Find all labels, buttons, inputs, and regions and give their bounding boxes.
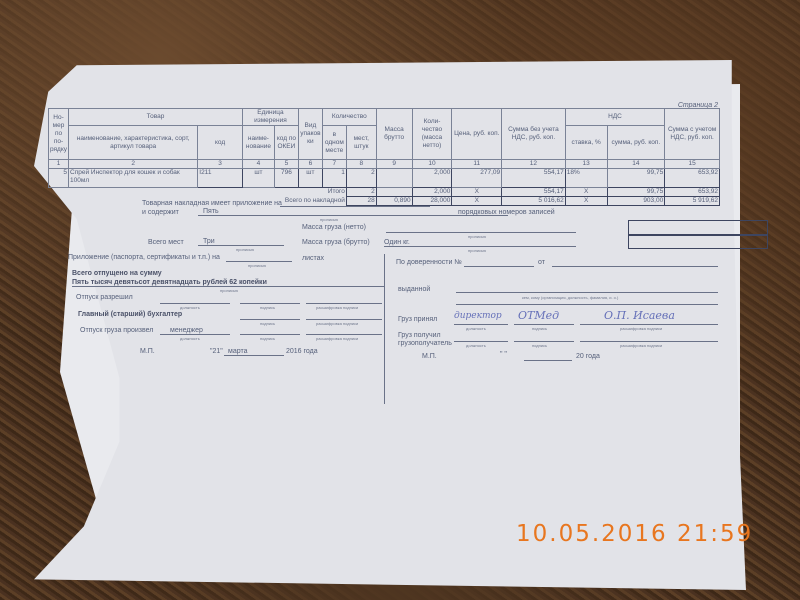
appendix-label: Товарная накладная имеет приложение на [142, 200, 282, 207]
header-gross-mass: Масса брутто [376, 109, 412, 160]
issued-hint: кем, кому (организация, должность, фамил… [522, 295, 618, 300]
table-row: 5 Спрей Инспектор для кошек и собак 100м… [49, 169, 720, 188]
date-month: марта [228, 348, 247, 355]
hint-signature: подпись [260, 305, 275, 310]
hint-signature: подпись [532, 343, 547, 348]
total-places-value: Три [203, 238, 215, 245]
contains-label: и содержит [142, 209, 179, 216]
col-num: 5 [274, 160, 298, 169]
power-of-attorney-label: По доверенности № [396, 259, 462, 266]
header-vat-rate: ставка, % [565, 126, 607, 160]
col-num: 10 [412, 160, 452, 169]
header-unit: Единица измерения [242, 109, 298, 126]
cell-sum-without-vat: 554,17 [502, 169, 566, 188]
hint-in-words: прописью [320, 217, 338, 222]
date-month-line [224, 355, 284, 356]
cargo-received-position-line [454, 341, 508, 342]
total-places-label: Всего мест [148, 239, 184, 246]
issued-line [456, 292, 718, 293]
hint-in-words: прописью [220, 288, 238, 293]
records-label: порядковых номеров записей [458, 209, 555, 216]
totals-net-qty: 2,000 [412, 188, 452, 197]
col-num: 1 [49, 160, 69, 169]
col-num: 3 [198, 160, 243, 169]
cargo-received-label: Груз получил грузополучатель [398, 332, 452, 348]
header-quantity: Количество [322, 109, 376, 126]
released-sum-label: Всего отпущено на сумму [72, 270, 162, 277]
cargo-accepted-decoding-line [580, 324, 718, 325]
attachments-line [226, 261, 292, 262]
grand-totals-vat-rate: X [565, 197, 607, 206]
release-allowed-position-line [160, 303, 230, 304]
cell-unit-name: шт [242, 169, 274, 188]
header-row-1: Но-мер по по-рядку Товар Единица измерен… [49, 109, 720, 126]
grand-totals-sum-with-vat: 5 919,62 [665, 197, 720, 206]
cell-unit-okei: 796 [274, 169, 298, 188]
cell-vat-sum: 99,75 [607, 169, 665, 188]
totals-sum-without-vat: 554,17 [502, 188, 566, 197]
power-of-attorney-line [464, 266, 534, 267]
hint-position: должность [180, 336, 200, 341]
header-goods: Товар [69, 109, 243, 126]
col-num: 11 [452, 160, 502, 169]
header-qty-places: мест, штук [346, 126, 376, 160]
col-num: 9 [376, 160, 412, 169]
grand-totals-net-qty: 28,000 [412, 197, 452, 206]
header-qty-per-place: в одном месте [322, 126, 346, 160]
hint-position: должность [466, 343, 486, 348]
released-by-position-line [160, 334, 230, 335]
header-vat: НДС [565, 109, 664, 126]
cargo-received-signature-line [514, 341, 574, 342]
release-allowed-signature-line [240, 303, 300, 304]
mass-box-gross [628, 234, 768, 249]
cell-vat-rate: 18% [565, 169, 607, 188]
cell-price: 277,09 [452, 169, 502, 188]
hint-in-words: прописью [468, 248, 486, 253]
cell-qty-per-place: 1 [322, 169, 346, 188]
cell-code: I211 [198, 169, 243, 188]
section-divider [384, 254, 385, 404]
hint-decoding: расшифровка подписи [316, 305, 358, 310]
hint-decoding: расшифровка подписи [620, 326, 662, 331]
header-goods-code: код [198, 126, 243, 160]
totals-gross-mass [376, 188, 412, 197]
totals-label: Итого [49, 188, 347, 197]
col-num: 15 [665, 160, 720, 169]
cell-row-number: 5 [49, 169, 69, 188]
hint-signature: подпись [260, 336, 275, 341]
col-num: 7 [322, 160, 346, 169]
grand-totals-price: X [452, 197, 502, 206]
header-unit-name: наиме-нование [242, 126, 274, 160]
date-day: "21" [210, 348, 223, 355]
col-num: 6 [298, 160, 322, 169]
released-sum-line [72, 286, 384, 287]
header-goods-name: наименование, характеристика, сорт, арти… [69, 126, 198, 160]
release-allowed-label: Отпуск разрешил [76, 294, 133, 301]
chief-accountant-decoding-line [306, 319, 382, 320]
totals-price: X [452, 188, 502, 197]
totals-row: Итого 2 2,000 X 554,17 X 99,75 653,92 [49, 188, 720, 197]
released-by-position: менеджер [170, 327, 203, 334]
hint-decoding: расшифровка подписи [316, 336, 358, 341]
col-num: 8 [346, 160, 376, 169]
net-mass-line [386, 232, 576, 233]
col-num: 13 [565, 160, 607, 169]
grand-totals-sum-without-vat: 5 016,62 [502, 197, 566, 206]
gross-mass-value: Один кг. [384, 239, 410, 246]
cargo-accepted-signature-line [514, 324, 574, 325]
released-sum-value: Пять тысяч девятьсот девятнадцать рублей… [72, 279, 267, 286]
stamp-label-right: М.П. [422, 353, 437, 360]
grand-totals-gross-mass: 0,890 [376, 197, 412, 206]
col-num: 12 [502, 160, 566, 169]
totals-qty-places: 2 [346, 188, 376, 197]
camera-timestamp: 10.05.2016 21:59 [516, 521, 753, 547]
cell-name: Спрей Инспектор для кошек и собак 100мл [69, 169, 198, 188]
released-by-decoding-line [306, 334, 382, 335]
cargo-accepted-label: Груз принял [398, 316, 437, 323]
cargo-accepted-position-line [454, 324, 508, 325]
date-quotes-right: " " [500, 351, 507, 358]
cell-sum-with-vat: 653,92 [665, 169, 720, 188]
gross-mass-label: Масса груза (брутто) [302, 239, 370, 246]
date-line-right [524, 360, 572, 361]
cell-gross-mass [376, 169, 412, 188]
released-by-label: Отпуск груза произвел [80, 327, 153, 334]
appendix-line [280, 206, 430, 207]
issued-label: выданной [398, 286, 430, 293]
contains-value: Пять [203, 208, 219, 215]
date-year-right: 20 года [576, 353, 600, 360]
hint-in-words: прописью [248, 263, 266, 268]
header-vat-sum: сумма, руб. коп. [607, 126, 665, 160]
from-line [552, 266, 718, 267]
from-label: от [538, 259, 545, 266]
hint-signature: подпись [532, 326, 547, 331]
totals-vat-sum: 99,75 [607, 188, 665, 197]
stamp-label-left: М.П. [140, 348, 155, 355]
col-num: 14 [607, 160, 665, 169]
released-by-signature-line [240, 334, 300, 335]
header-row-number: Но-мер по по-рядку [49, 109, 69, 160]
cell-qty-places: 2 [346, 169, 376, 188]
sheets-label: листах [302, 255, 324, 262]
cell-net-qty: 2,000 [412, 169, 452, 188]
chief-accountant-label: Главный (старший) бухгалтер [78, 311, 182, 318]
cargo-received-decoding-line [580, 341, 718, 342]
hint-in-words: прописью [468, 234, 486, 239]
gross-mass-line [384, 246, 576, 247]
attachments-label: Приложение (паспорта, сертификаты и т.п.… [68, 254, 220, 261]
hint-position: должность [466, 326, 486, 331]
hint-position: должность [180, 305, 200, 310]
hint-decoding: расшифровка подписи [620, 343, 662, 348]
col-num: 2 [69, 160, 198, 169]
header-unit-okei: код по ОКЕИ [274, 126, 298, 160]
goods-table: Но-мер по по-рядку Товар Единица измерен… [48, 108, 720, 206]
grand-totals-vat-sum: 903,00 [607, 197, 665, 206]
hint-in-words: прописью [236, 247, 254, 252]
totals-vat-rate: X [565, 188, 607, 197]
issued-line-2 [456, 304, 718, 305]
header-price: Цена, руб. коп. [452, 109, 502, 160]
header-package-type: Вид упаков ки [298, 109, 322, 160]
cell-package-type: шт [298, 169, 322, 188]
hint-signature: подпись [260, 321, 275, 326]
release-allowed-decoding-line [306, 303, 382, 304]
grand-totals-qty-places: 28 [346, 197, 376, 206]
header-net-qty: Коли-чество (масса нетто) [412, 109, 452, 160]
header-sum-without-vat: Сумма без учета НДС, руб. коп. [502, 109, 566, 160]
total-places-line [198, 245, 284, 246]
date-year: 2016 года [286, 348, 318, 355]
totals-sum-with-vat: 653,92 [665, 188, 720, 197]
cargo-accepted-decoding: О.П. Исаева [604, 309, 675, 322]
net-mass-label: Масса груза (нетто) [302, 224, 366, 231]
cargo-accepted-signature: ОТМед [518, 309, 559, 322]
column-number-row: 1 2 3 4 5 6 7 8 9 10 11 12 13 14 15 [49, 160, 720, 169]
hint-decoding: расшифровка подписи [316, 321, 358, 326]
header-sum-with-vat: Сумма с учетом НДС, руб. коп. [665, 109, 720, 160]
cargo-accepted-position: директор [454, 311, 502, 321]
chief-accountant-signature-line [240, 319, 300, 320]
col-num: 4 [242, 160, 274, 169]
